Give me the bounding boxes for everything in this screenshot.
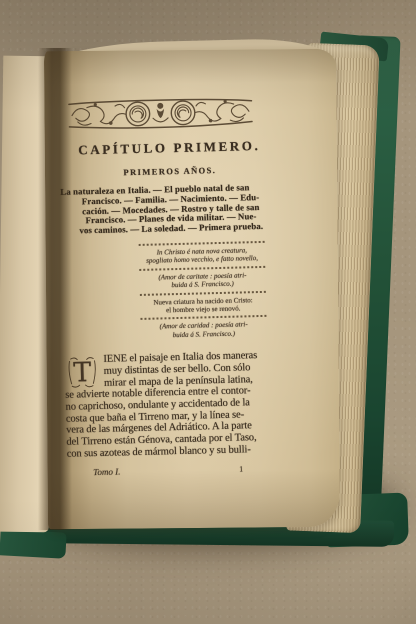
ornate-initial-T-icon: T <box>64 355 100 390</box>
body-paragraph: T IENE el paisaje en Italia dos maneras … <box>64 350 287 461</box>
chapter-summary: La naturaleza en Italia. — El pueblo nat… <box>60 182 281 236</box>
book-page: CAPÍTULO PRIMERO. PRIMEROS AÑOS. La natu… <box>44 49 340 530</box>
svg-text:T: T <box>73 357 92 388</box>
dotted-rule <box>139 241 265 246</box>
epigraph-attribution: (Amor de caritate : poesía atri- buida á… <box>124 270 280 291</box>
epigraph-block: In Christo é nata nova creatura, spoglia… <box>124 240 282 340</box>
dotted-rule <box>140 290 266 295</box>
page-footer: Tomo I. 1 <box>67 462 287 477</box>
volume-label: Tomo I. <box>93 466 120 477</box>
page-content: CAPÍTULO PRIMERO. PRIMEROS AÑOS. La natu… <box>57 48 289 531</box>
dotted-rule <box>140 315 266 320</box>
section-heading: PRIMEROS AÑOS. <box>60 163 280 178</box>
photo-of-open-book: CAPÍTULO PRIMERO. PRIMEROS AÑOS. La natu… <box>0 0 416 624</box>
chapter-title: CAPÍTULO PRIMERO. <box>59 137 279 158</box>
dotted-rule <box>139 266 265 271</box>
epigraph-attribution: (Amor de caridad : poesía atri- buida á … <box>126 320 282 341</box>
page-number: 1 <box>239 464 243 473</box>
floral-headpiece-ornament-icon <box>62 95 259 132</box>
book-cover-bottom-left-sliver <box>0 529 67 558</box>
